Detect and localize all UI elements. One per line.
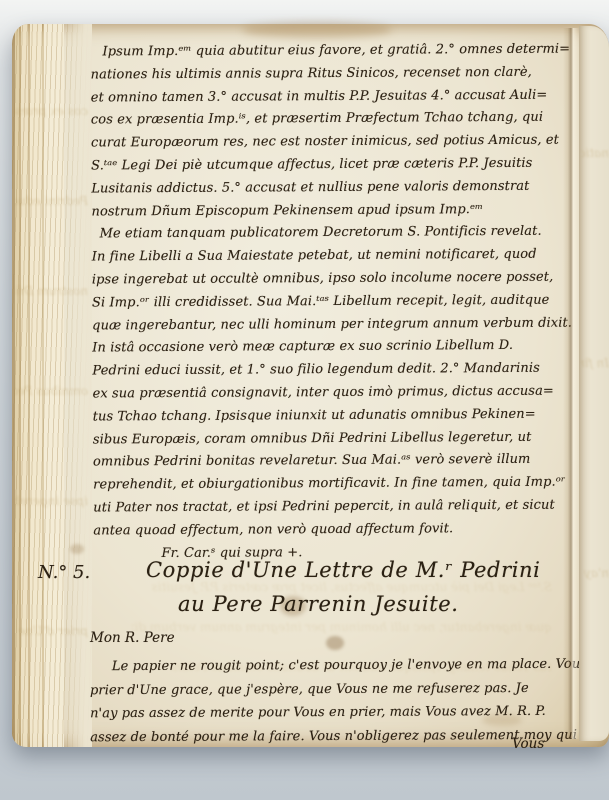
latin-lines: Ipsum Imp.ᵉᵐ quia abutitur eius favore, … [90,39,575,566]
manuscript-line: Ipsum Imp.ᵉᵐ quia abutitur eius favore, … [90,39,572,65]
letter-title-line2: au Pere Parrenin Jesuite. [178,592,459,616]
manuscript-line: nostrum Dñum Episcopum Pekinensem apud i… [91,198,573,224]
manuscript-line: Lusitanis addictus. 5.° accusat et nulli… [91,175,573,201]
stain [242,22,392,38]
manuscript-line: nationes his ultimis annis supra Ritus S… [91,61,573,87]
manuscript-line: uti Pater nos tractat, et ipsi Pedrini p… [93,494,575,520]
manuscript-line: omnibus Pedrini bonitas revelaretur. Sua… [93,449,575,475]
manuscript-line: tus Tchao tchang. Ipsisque iniunxit ut a… [93,403,575,429]
manuscript-line: cos ex præsentia Imp.ⁱˢ, et præsertim Pr… [91,107,573,133]
photo-backdrop: cos ex præsentia Imp.ⁱˢ, et præsertim Pr… [0,0,609,800]
manuscript-line: In fine Libelli a Sua Maiestate petebat,… [92,244,574,270]
manuscript-line: ex sua præsentiâ consignavit, inter quos… [92,380,574,406]
stain [326,636,344,650]
bleedthrough-text: quæ ingerebantur, nec ulli hominum per i… [132,620,552,634]
manuscript-line: S.ᵗᵃᵉ Legi Dei piè utcumque affectus, li… [91,153,573,179]
salutation: Mon R. Pere [90,630,175,646]
manuscript-line: antea quoad effectum, non verò quoad aff… [93,517,575,543]
manuscript-line: curat Europæorum res, nec est noster ini… [91,130,573,156]
letter-title-line1: Coppie d'Une Lettre de M.ʳ Pedrini [146,558,541,582]
manuscript-line: prier d'Une grace, que j'espère, que Vou… [90,676,576,702]
french-text-block: Le papier ne rougit point; c'est pourquo… [90,653,576,750]
bleedthrough-text: nationes his ultimis annis supra Ritus S… [581,146,609,160]
manuscript-line: Le papier ne rougit point; c'est pourquo… [90,653,576,679]
bleedthrough-text: In fine Libelli a Sua Maiestate petebat,… [581,356,609,370]
manuscript-line: Si Imp.ᵒʳ illi credidisset. Sua Mai.ᵗᵃˢ … [92,289,574,315]
manuscript-line: et omnino tamen 3.° accusat in multis P.… [91,84,573,110]
manuscript-line: n'ay pas assez de merite pour Vous en pr… [90,700,576,726]
manuscript-line: sibus Europæis, coram omnibus Dñi Pedrin… [93,426,575,452]
latin-text-block: Ipsum Imp.ᵉᵐ quia abutitur eius favore, … [90,39,575,566]
manuscript-line: reprehendit, et obiurgationibus mortific… [93,472,575,498]
manuscript-line: ipse ingerebat ut occultè omnibus, ipso … [92,266,574,292]
adjacent-page-edge: nationes his ultimis annis supra Ritus S… [579,26,609,741]
manuscript-page: cos ex præsentia Imp.ⁱˢ, et præsertim Pr… [12,24,609,747]
manuscript-line: Pedrini educi iussit, et 1.° suo filio l… [92,358,574,384]
manuscript-line: quæ ingerebantur, nec ulli hominum per i… [92,312,574,338]
gutter-crease [563,28,579,739]
catchword: Vous [512,736,544,752]
manuscript-line: In istâ occasione verò meæ capturæ ex su… [92,335,574,361]
margin-number: N.° 5. [38,562,90,583]
manuscript-line: Me etiam tanquam publicatorem Decretorum… [92,221,574,247]
manuscript-line: assez de bonté pour me la faire. Vous n'… [90,723,576,749]
leaf-edges-left [12,24,92,747]
bleedthrough-text: n'ay pas assez de merite pour Vous en pr… [581,566,609,580]
